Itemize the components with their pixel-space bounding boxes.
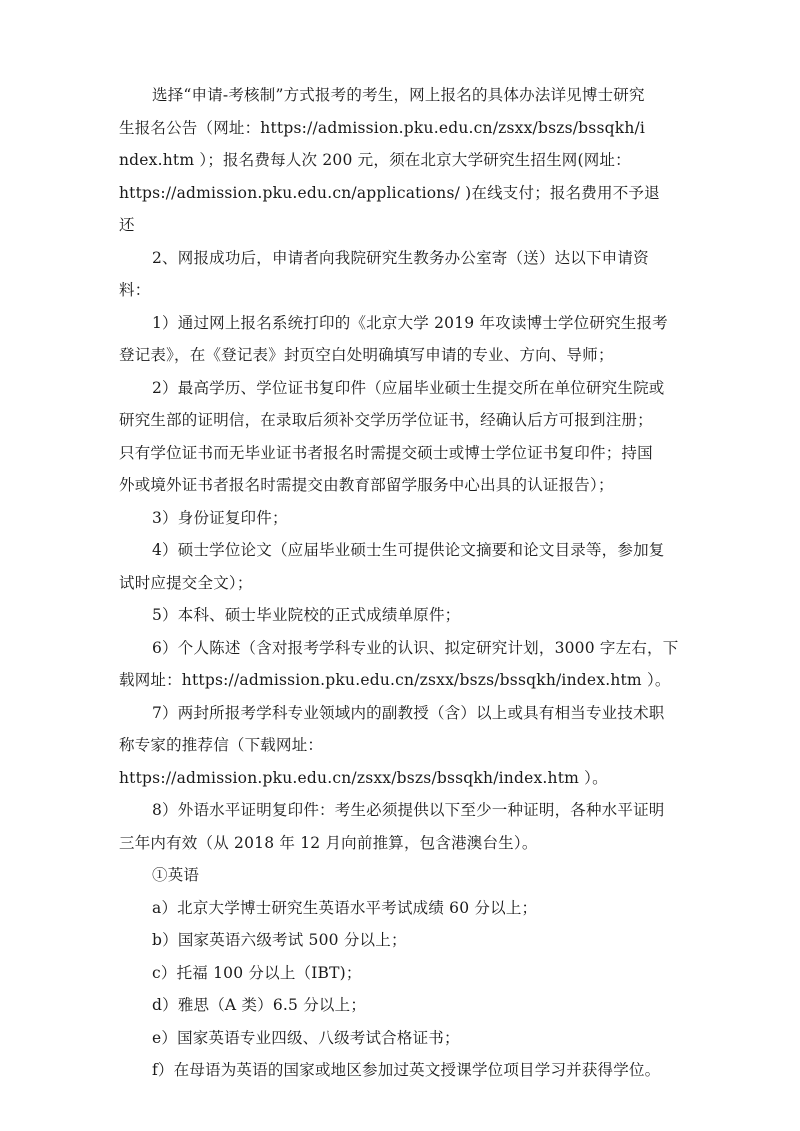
requirement-item-7: 7）两封所报考学科专业领域内的副教授（含）以上或具有相当专业技术职 称专家的推荐… [119,697,685,795]
english-option-b: b）国家英语六级考试 500 分以上； [119,924,685,957]
requirement-item-1: 1）通过网上报名系统打印的《北京大学 2019 年攻读博士学位研究生报考 登记表… [119,307,685,372]
requirement-item-3: 3）身份证复印件； [119,502,685,535]
english-heading: ①英语 [119,859,685,892]
text-line: 还 [119,209,685,242]
english-option-a: a）北京大学博士研究生英语水平考试成绩 60 分以上； [119,892,685,925]
english-option-d: d）雅思（A 类）6.5 分以上； [119,989,685,1022]
text-line: 6）个人陈述（含对报考学科专业的认识、拟定研究计划，3000 字左右，下 [119,632,685,665]
text-line: 登记表》，在《登记表》封页空白处明确填写申请的专业、方向、导师； [119,339,685,372]
intro-paragraph: 选择“申请-考核制”方式报考的考生，网上报名的具体办法详见博士研究 生报名公告（… [119,79,685,242]
text-line: 1）通过网上报名系统打印的《北京大学 2019 年攻读博士学位研究生报考 [119,307,685,340]
text-line: 研究生部的证明信，在录取后须补交学历学位证书，经确认后方可报到注册； [119,404,685,437]
text-line: 称专家的推荐信（下载网址： [119,729,685,762]
text-line: 5）本科、硕士毕业院校的正式成绩单原件； [119,599,685,632]
text-line: 7）两封所报考学科专业领域内的副教授（含）以上或具有相当专业技术职 [119,697,685,730]
requirement-item-4: 4）硕士学位论文（应届毕业硕士生可提供论文摘要和论文目录等，参加复 试时应提交全… [119,534,685,599]
requirement-item-5: 5）本科、硕士毕业院校的正式成绩单原件； [119,599,685,632]
text-line: 选择“申请-考核制”方式报考的考生，网上报名的具体办法详见博士研究 [119,79,685,112]
text-line: 8）外语水平证明复印件：考生必须提供以下至少一种证明，各种水平证明 [119,794,685,827]
english-option-f: f）在母语为英语的国家或地区参加过英文授课学位项目学习并获得学位。 [119,1054,685,1087]
text-line: 三年内有效（从 2018 年 12 月向前推算，包含港澳台生）。 [119,827,685,860]
text-line: 4）硕士学位论文（应届毕业硕士生可提供论文摘要和论文目录等，参加复 [119,534,685,567]
english-requirements: ①英语 a）北京大学博士研究生英语水平考试成绩 60 分以上； b）国家英语六级… [119,859,685,1087]
text-line: 生报名公告（网址：https://admission.pku.edu.cn/zs… [119,112,685,145]
text-line: https://admission.pku.edu.cn/application… [119,177,685,210]
text-line: 料： [119,274,685,307]
requirement-item-2: 2）最高学历、学位证书复印件（应届毕业硕士生提交所在单位研究生院或 研究生部的证… [119,372,685,502]
text-line: 外或境外证书者报名时需提交由教育部留学服务中心出具的认证报告）； [119,469,685,502]
text-line: ndex.htm ）；报名费每人次 200 元，须在北京大学研究生招生网(网址： [119,144,685,177]
text-line: 3）身份证复印件； [119,502,685,535]
english-option-e: e）国家英语专业四级、八级考试合格证书； [119,1022,685,1055]
text-line: 2、网报成功后，申请者向我院研究生教务办公室寄（送）达以下申请资 [119,242,685,275]
text-line: 2）最高学历、学位证书复印件（应届毕业硕士生提交所在单位研究生院或 [119,372,685,405]
text-line: https://admission.pku.edu.cn/zsxx/bszs/b… [119,762,685,795]
text-line: 只有学位证书而无毕业证书者报名时需提交硕士或博士学位证书复印件；持国 [119,437,685,470]
text-line: 试时应提交全文）； [119,567,685,600]
english-option-c: c）托福 100 分以上（IBT)； [119,957,685,990]
requirement-item-6: 6）个人陈述（含对报考学科专业的认识、拟定研究计划，3000 字左右，下 载网址… [119,632,685,697]
section-2-paragraph: 2、网报成功后，申请者向我院研究生教务办公室寄（送）达以下申请资 料： [119,242,685,307]
document-page: 选择“申请-考核制”方式报考的考生，网上报名的具体办法详见博士研究 生报名公告（… [119,79,685,1087]
text-line: 载网址：https://admission.pku.edu.cn/zsxx/bs… [119,664,685,697]
requirement-item-8: 8）外语水平证明复印件：考生必须提供以下至少一种证明，各种水平证明 三年内有效（… [119,794,685,859]
